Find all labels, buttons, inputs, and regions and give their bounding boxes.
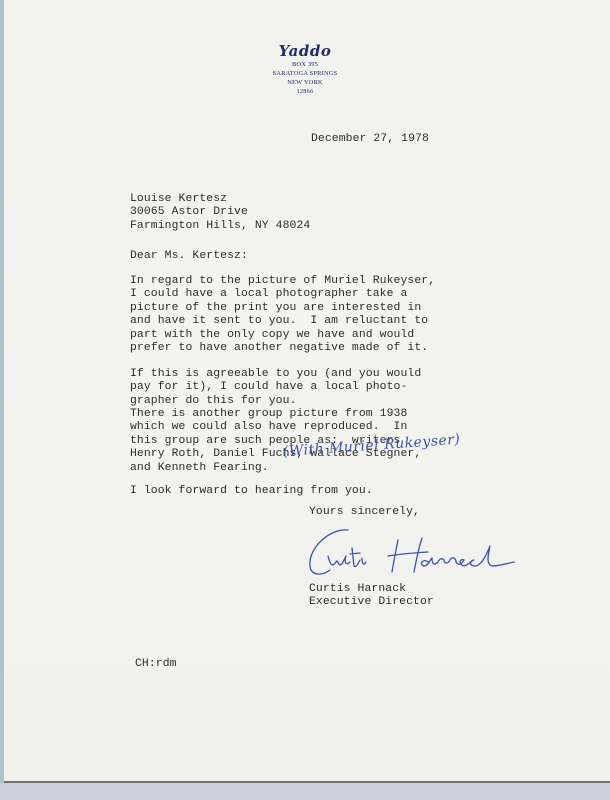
signer-name: Curtis Harnack bbox=[309, 583, 434, 596]
recipient-city: Farmington Hills, NY 48024 bbox=[130, 220, 310, 233]
closing-line: I look forward to hearing from you. bbox=[130, 485, 373, 498]
letterhead-logo: Yaddo bbox=[230, 42, 380, 60]
scan-bottom-edge bbox=[0, 783, 610, 800]
valediction: Yours sincerely, bbox=[309, 506, 420, 519]
signer-block: Curtis HarnackExecutive Director bbox=[309, 583, 434, 610]
recipient-address: Louise Kertesz30065 Astor DriveFarmingto… bbox=[130, 193, 310, 233]
letter-date: December 27, 1978 bbox=[311, 133, 429, 146]
recipient-name: Louise Kertesz bbox=[130, 193, 310, 206]
salutation: Dear Ms. Kertesz: bbox=[130, 250, 248, 263]
signer-title: Executive Director bbox=[309, 596, 434, 609]
letterhead-box: BOX 395 bbox=[230, 60, 380, 69]
recipient-street: 30065 Astor Drive bbox=[130, 206, 310, 219]
body-paragraph-2: If this is agreeable to you (and you wou… bbox=[130, 368, 421, 408]
reference-initials: CH:rdm bbox=[135, 658, 177, 671]
body-paragraph-1: In regard to the picture of Muriel Rukey… bbox=[130, 275, 435, 355]
letterhead-state: NEW YORK bbox=[230, 78, 380, 87]
letterhead: Yaddo BOX 395 SARATOGA SPRINGS NEW YORK … bbox=[230, 40, 380, 96]
handwritten-signature: Curtis Harnack bbox=[300, 526, 530, 582]
letterhead-zip: 12866 bbox=[230, 87, 380, 96]
letterhead-city: SARATOGA SPRINGS bbox=[230, 69, 380, 78]
